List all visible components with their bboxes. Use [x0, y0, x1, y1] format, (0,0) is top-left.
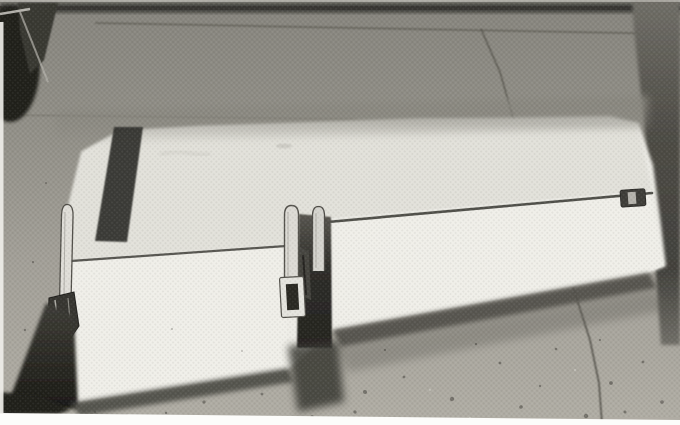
halftone-screen: [0, 0, 680, 418]
page-background: [0, 0, 680, 425]
photo-stabilizer-on-floor: [0, 0, 680, 425]
page-margin-left: [0, 22, 4, 414]
photo-top-edge: [0, 0, 680, 2]
photo-scene: [0, 0, 680, 425]
